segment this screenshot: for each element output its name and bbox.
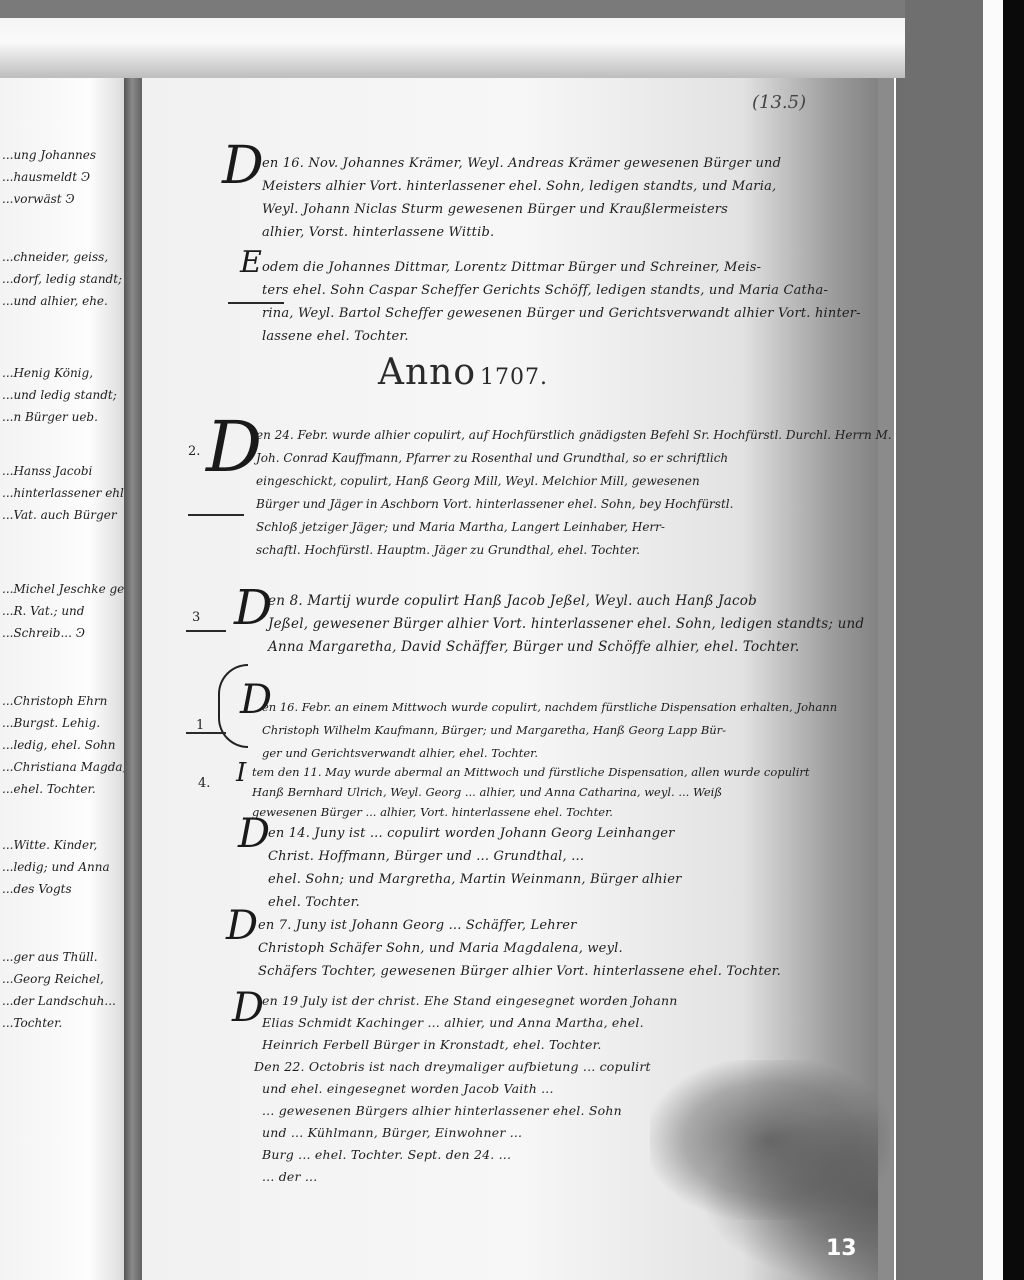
entry-line: ... gewesenen Bürgers alhier hinterlasse… (262, 1100, 677, 1122)
left-line: ...Georg Reichel, (2, 968, 104, 990)
margin-dash (186, 630, 226, 632)
margin-number: 4. (198, 776, 210, 791)
register-entry: tem den 11. May wurde abermal an Mittwoc… (252, 762, 810, 822)
entry-line: tem den 11. May wurde abermal an Mittwoc… (252, 762, 810, 782)
left-line: ...Burgst. Lehig. (2, 712, 100, 734)
entry-line: Elias Schmidt Kachinger ... alhier, und … (262, 1012, 677, 1034)
entry-line: Weyl. Johann Niclas Sturm gewesenen Bürg… (262, 198, 781, 221)
entry-line: Jeßel, gewesener Bürger alhier Vort. hin… (268, 613, 864, 636)
scan-border-black (1003, 0, 1024, 1280)
entry-line: und ... Kühlmann, Bürger, Einwohner ... (262, 1122, 677, 1144)
left-line: ...hinterlassener ehl. (2, 482, 128, 504)
entry-line: Bürger und Jäger in Aschborn Vort. hinte… (256, 493, 892, 516)
left-line: ...ledig, ehel. Sohn (2, 734, 116, 756)
book-gutter (124, 78, 144, 1280)
entry-line: en 14. Juny ist ... copulirt worden Joha… (268, 822, 682, 845)
heading-year: 1707. (480, 365, 548, 390)
left-line: ...und alhier, ehe. (2, 290, 108, 312)
register-entry: en 8. Martij wurde copulirt Hanß Jacob J… (268, 590, 864, 659)
entry-line: und ehel. eingesegnet worden Jacob Vaith… (262, 1078, 677, 1100)
scan-border-white (983, 0, 1003, 1280)
entry-line: Burg ... ehel. Tochter. Sept. den 24. ..… (262, 1144, 677, 1166)
entry-line: en 19 July ist der christ. Ehe Stand ein… (262, 990, 677, 1012)
margin-number: 3 (192, 610, 200, 625)
left-line: ...vorwäst Ͽ (2, 188, 75, 210)
entry-line: Meisters alhier Vort. hinterlassener ehe… (262, 175, 781, 198)
entry-line: ters ehel. Sohn Caspar Scheffer Gerichts… (262, 279, 861, 302)
entry-initial: E (240, 248, 262, 278)
left-line: ...R. Vat.; und (2, 600, 84, 622)
entry-line: odem die Johannes Dittmar, Lorentz Dittm… (262, 256, 861, 279)
water-stain (650, 1060, 890, 1220)
entry-initial: D (206, 412, 262, 482)
margin-number: 1 (196, 718, 204, 733)
left-line: ...Witte. Kinder, (2, 834, 97, 856)
left-line: ...Christiana Magda, (2, 756, 126, 778)
entry-line: Heinrich Ferbell Bürger in Kronstadt, eh… (262, 1034, 677, 1056)
entry-line: Hanß Bernhard Ulrich, Weyl. Georg ... al… (252, 782, 810, 802)
entry-line: Christ. Hoffmann, Bürger und ... Grundth… (268, 845, 682, 868)
entry-line: ehel. Sohn; und Margretha, Martin Weinma… (268, 868, 682, 891)
folio-mark: (13.5) (752, 92, 806, 113)
left-line: ...Vat. auch Bürger (2, 504, 117, 526)
entry-initial: D (232, 988, 264, 1028)
entry-line: Joh. Conrad Kauffmann, Pfarrer zu Rosent… (256, 447, 892, 470)
entry-line: en 16. Nov. Johannes Krämer, Weyl. Andre… (262, 152, 781, 175)
year-heading: Anno1707. (378, 352, 548, 393)
entry-initial: D (234, 584, 272, 632)
left-line: ...ung Johannes (2, 144, 96, 166)
scan-border-right (905, 0, 983, 1280)
register-entry: en 19 July ist der christ. Ehe Stand ein… (262, 990, 677, 1188)
left-line: ...Tochter. (2, 1012, 62, 1034)
left-line: ...der Landschuh... (2, 990, 116, 1012)
entry-initial: D (226, 906, 258, 946)
entry-line: en 24. Febr. wurde alhier copulirt, auf … (256, 424, 892, 447)
entry-line: Anna Margaretha, David Schäffer, Bürger … (268, 636, 864, 659)
entry-initial: D (222, 140, 264, 192)
page-number: 13 (826, 1236, 857, 1261)
entry-line: Christoph Wilhelm Kaufmann, Bürger; und … (262, 719, 837, 742)
entry-line: lassene ehel. Tochter. (262, 325, 861, 348)
left-line: ...ledig; und Anna (2, 856, 110, 878)
entry-line: en 7. Juny ist Johann Georg ... Schäffer… (258, 914, 781, 937)
margin-dash (186, 732, 226, 734)
entry-line: schaftl. Hochfürstl. Hauptm. Jäger zu Gr… (256, 539, 892, 562)
entry-line: Schloß jetziger Jäger; und Maria Martha,… (256, 516, 892, 539)
entry-line: rina, Weyl. Bartol Scheffer gewesenen Bü… (262, 302, 861, 325)
entry-line: en 8. Martij wurde copulirt Hanß Jacob J… (268, 590, 864, 613)
margin-dash (188, 514, 244, 516)
left-line: ...dorf, ledig standt; (2, 268, 122, 290)
entry-line: alhier, Vorst. hinterlassene Wittib. (262, 221, 781, 244)
page-top-edge (0, 18, 905, 78)
register-entry: en 16. Nov. Johannes Krämer, Weyl. Andre… (262, 152, 781, 244)
heading-word: Anno (378, 352, 476, 393)
left-facing-page: ...ung Johannes ...hausmeldt Ͽ ...vorwäs… (0, 78, 128, 1280)
register-entry: en 14. Juny ist ... copulirt worden Joha… (268, 822, 682, 914)
entry-line: ehel. Tochter. (268, 891, 682, 914)
entry-initial: D (238, 814, 270, 854)
left-line: ...ger aus Thüll. (2, 946, 98, 968)
left-line: ...des Vogts (2, 878, 72, 900)
entry-line: eingeschickt, copulirt, Hanß Georg Mill,… (256, 470, 892, 493)
left-line: ...ehel. Tochter. (2, 778, 96, 800)
entry-line: Den 22. Octobris ist nach dreymaliger au… (254, 1056, 677, 1078)
left-line: ...n Bürger ueb. (2, 406, 98, 428)
entry-line: ... der ... (262, 1166, 677, 1188)
entry-line: Schäfers Tochter, gewesenen Bürger alhie… (258, 960, 781, 983)
left-line: ...Hanss Jacobi (2, 460, 92, 482)
register-entry: en 24. Febr. wurde alhier copulirt, auf … (256, 424, 892, 562)
left-line: ...chneider, geiss, (2, 246, 108, 268)
left-line: ...hausmeldt Ͽ (2, 166, 90, 188)
left-line: ...Christoph Ehrn (2, 690, 107, 712)
register-entry: en 16. Febr. an einem Mittwoch wurde cop… (262, 696, 837, 765)
register-entry: en 7. Juny ist Johann Georg ... Schäffer… (258, 914, 781, 983)
entry-initial: I (236, 760, 246, 786)
left-line: ...Michel Jeschke geo. (2, 578, 128, 600)
entry-line: Christoph Schäfer Sohn, und Maria Magdal… (258, 937, 781, 960)
left-line: ...und ledig standt; (2, 384, 117, 406)
entry-line: gewesenen Bürger ... alhier, Vort. hinte… (252, 802, 810, 822)
register-entry: odem die Johannes Dittmar, Lorentz Dittm… (262, 256, 861, 348)
left-line: ...Henig König, (2, 362, 93, 384)
left-line: ...Schreib... Ͽ (2, 622, 85, 644)
margin-number: 2. (188, 444, 200, 459)
entry-line: en 16. Febr. an einem Mittwoch wurde cop… (262, 696, 837, 719)
